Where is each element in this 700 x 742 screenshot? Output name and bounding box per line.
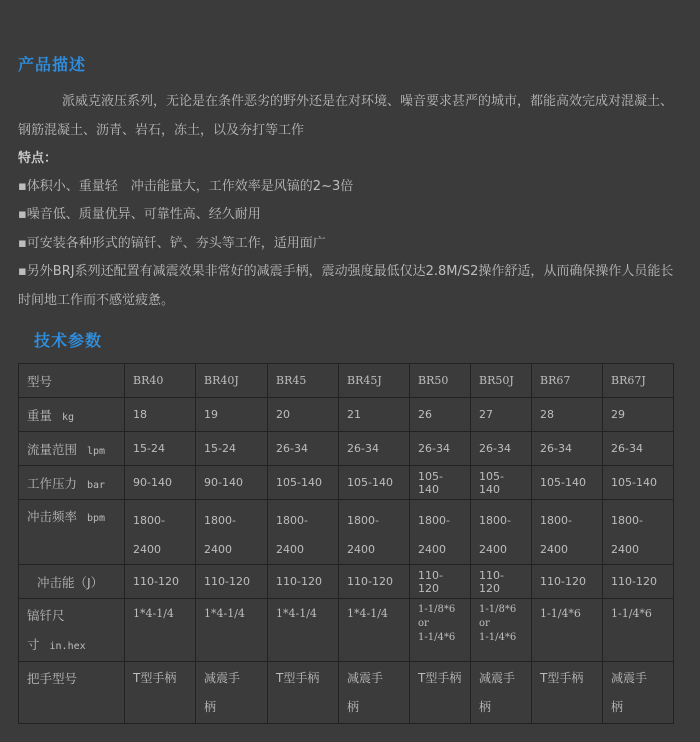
table-row-handle-type: 把手型号 T型手柄 减震手柄 T型手柄 减震手柄 T型手柄 减震手柄 T型手柄 … bbox=[19, 662, 674, 724]
cell: BR40 bbox=[125, 364, 196, 398]
cell: 26-34 bbox=[410, 432, 471, 466]
cell: 1800-2400 bbox=[196, 500, 268, 565]
cell: 26-34 bbox=[532, 432, 603, 466]
cell: BR45J bbox=[339, 364, 410, 398]
intro-paragraph: 派威克液压系列，无论是在条件恶劣的野外还是在对环境、噪音要求甚严的城市，都能高效… bbox=[18, 88, 683, 145]
cell: 19 bbox=[196, 398, 268, 432]
cell: 110-120 bbox=[339, 565, 410, 599]
cell: 28 bbox=[532, 398, 603, 432]
table-row-weight: 重量kg 18 19 20 21 26 27 28 29 bbox=[19, 398, 674, 432]
cell: BR67 bbox=[532, 364, 603, 398]
cell: 110-120 bbox=[196, 565, 268, 599]
cell: 减震手柄 bbox=[603, 662, 674, 724]
cell: T型手柄 bbox=[268, 662, 339, 724]
cell: BR50J bbox=[471, 364, 532, 398]
cell: 1800-2400 bbox=[268, 500, 339, 565]
feature-item: ▪可安装各种形式的镐钎、铲、夯头等工作，适用面广 bbox=[18, 230, 683, 259]
row-label: 流量范围lpm bbox=[19, 432, 125, 466]
spec-table: 型号 BR40 BR40J BR45 BR45J BR50 BR50J BR67… bbox=[18, 363, 674, 724]
cell: 105-140 bbox=[532, 466, 603, 500]
cell: 110-120 bbox=[471, 565, 532, 599]
cell: 1-1/4*6 bbox=[532, 599, 603, 662]
cell: 110-120 bbox=[268, 565, 339, 599]
cell: 26 bbox=[410, 398, 471, 432]
cell: 1*4-1/4 bbox=[339, 599, 410, 662]
row-label: 型号 bbox=[19, 364, 125, 398]
cell: 110-120 bbox=[125, 565, 196, 599]
cell: 110-120 bbox=[603, 565, 674, 599]
cell: 1-1/8*6or1-1/4*6 bbox=[410, 599, 471, 662]
cell: 1800-2400 bbox=[339, 500, 410, 565]
cell: 1*4-1/4 bbox=[268, 599, 339, 662]
cell: 105-140 bbox=[471, 466, 532, 500]
feature-item: ▪另外BRJ系列还配置有减震效果非常好的减震手柄，震动强度最低仅达2.8M/S2… bbox=[18, 258, 683, 315]
tech-specs-title: 技术参数 bbox=[34, 328, 102, 351]
cell: BR45 bbox=[268, 364, 339, 398]
cell: 110-120 bbox=[410, 565, 471, 599]
cell: 1-1/8*6or1-1/4*6 bbox=[471, 599, 532, 662]
cell: 1800-2400 bbox=[471, 500, 532, 565]
row-label: 镐钎尺寸in.hex bbox=[19, 599, 125, 662]
cell: 减震手柄 bbox=[471, 662, 532, 724]
cell: 15-24 bbox=[125, 432, 196, 466]
table-row-impact-energy: 冲击能（J） 110-120 110-120 110-120 110-120 1… bbox=[19, 565, 674, 599]
table-row-pressure: 工作压力bar 90-140 90-140 105-140 105-140 10… bbox=[19, 466, 674, 500]
cell: T型手柄 bbox=[125, 662, 196, 724]
cell: T型手柄 bbox=[410, 662, 471, 724]
cell: 29 bbox=[603, 398, 674, 432]
row-label: 冲击频率bpm bbox=[19, 500, 125, 565]
row-label: 重量kg bbox=[19, 398, 125, 432]
row-label: 把手型号 bbox=[19, 662, 125, 724]
cell: 减震手柄 bbox=[339, 662, 410, 724]
row-label: 工作压力bar bbox=[19, 466, 125, 500]
cell: 90-140 bbox=[196, 466, 268, 500]
cell: 20 bbox=[268, 398, 339, 432]
features-label: 特点： bbox=[18, 145, 683, 174]
cell: 26-34 bbox=[471, 432, 532, 466]
table-row-flow: 流量范围lpm 15-24 15-24 26-34 26-34 26-34 26… bbox=[19, 432, 674, 466]
cell: 18 bbox=[125, 398, 196, 432]
cell: 1800-2400 bbox=[125, 500, 196, 565]
cell: 26-34 bbox=[268, 432, 339, 466]
cell: 1*4-1/4 bbox=[196, 599, 268, 662]
cell: BR50 bbox=[410, 364, 471, 398]
cell: 105-140 bbox=[410, 466, 471, 500]
cell: 26-34 bbox=[339, 432, 410, 466]
cell: 1-1/4*6 bbox=[603, 599, 674, 662]
cell: 105-140 bbox=[339, 466, 410, 500]
cell: 21 bbox=[339, 398, 410, 432]
cell: T型手柄 bbox=[532, 662, 603, 724]
row-label: 冲击能（J） bbox=[19, 565, 125, 599]
table-row-frequency: 冲击频率bpm 1800-2400 1800-2400 1800-2400 18… bbox=[19, 500, 674, 565]
cell: 1800-2400 bbox=[603, 500, 674, 565]
cell: 26-34 bbox=[603, 432, 674, 466]
cell: 减震手柄 bbox=[196, 662, 268, 724]
cell: 105-140 bbox=[603, 466, 674, 500]
table-row-model: 型号 BR40 BR40J BR45 BR45J BR50 BR50J BR67… bbox=[19, 364, 674, 398]
table-row-chisel-size: 镐钎尺寸in.hex 1*4-1/4 1*4-1/4 1*4-1/4 1*4-1… bbox=[19, 599, 674, 662]
cell: 27 bbox=[471, 398, 532, 432]
cell: 1800-2400 bbox=[410, 500, 471, 565]
cell: BR40J bbox=[196, 364, 268, 398]
cell: 90-140 bbox=[125, 466, 196, 500]
feature-item: ▪噪音低、质量优异、可靠性高、经久耐用 bbox=[18, 201, 683, 230]
cell: 15-24 bbox=[196, 432, 268, 466]
cell: 1*4-1/4 bbox=[125, 599, 196, 662]
cell: 110-120 bbox=[532, 565, 603, 599]
feature-item: ▪体积小、重量轻 冲击能量大，工作效率是风镐的2~3倍 bbox=[18, 173, 683, 202]
product-description-title: 产品描述 bbox=[18, 52, 86, 75]
cell: 105-140 bbox=[268, 466, 339, 500]
cell: 1800-2400 bbox=[532, 500, 603, 565]
cell: BR67J bbox=[603, 364, 674, 398]
